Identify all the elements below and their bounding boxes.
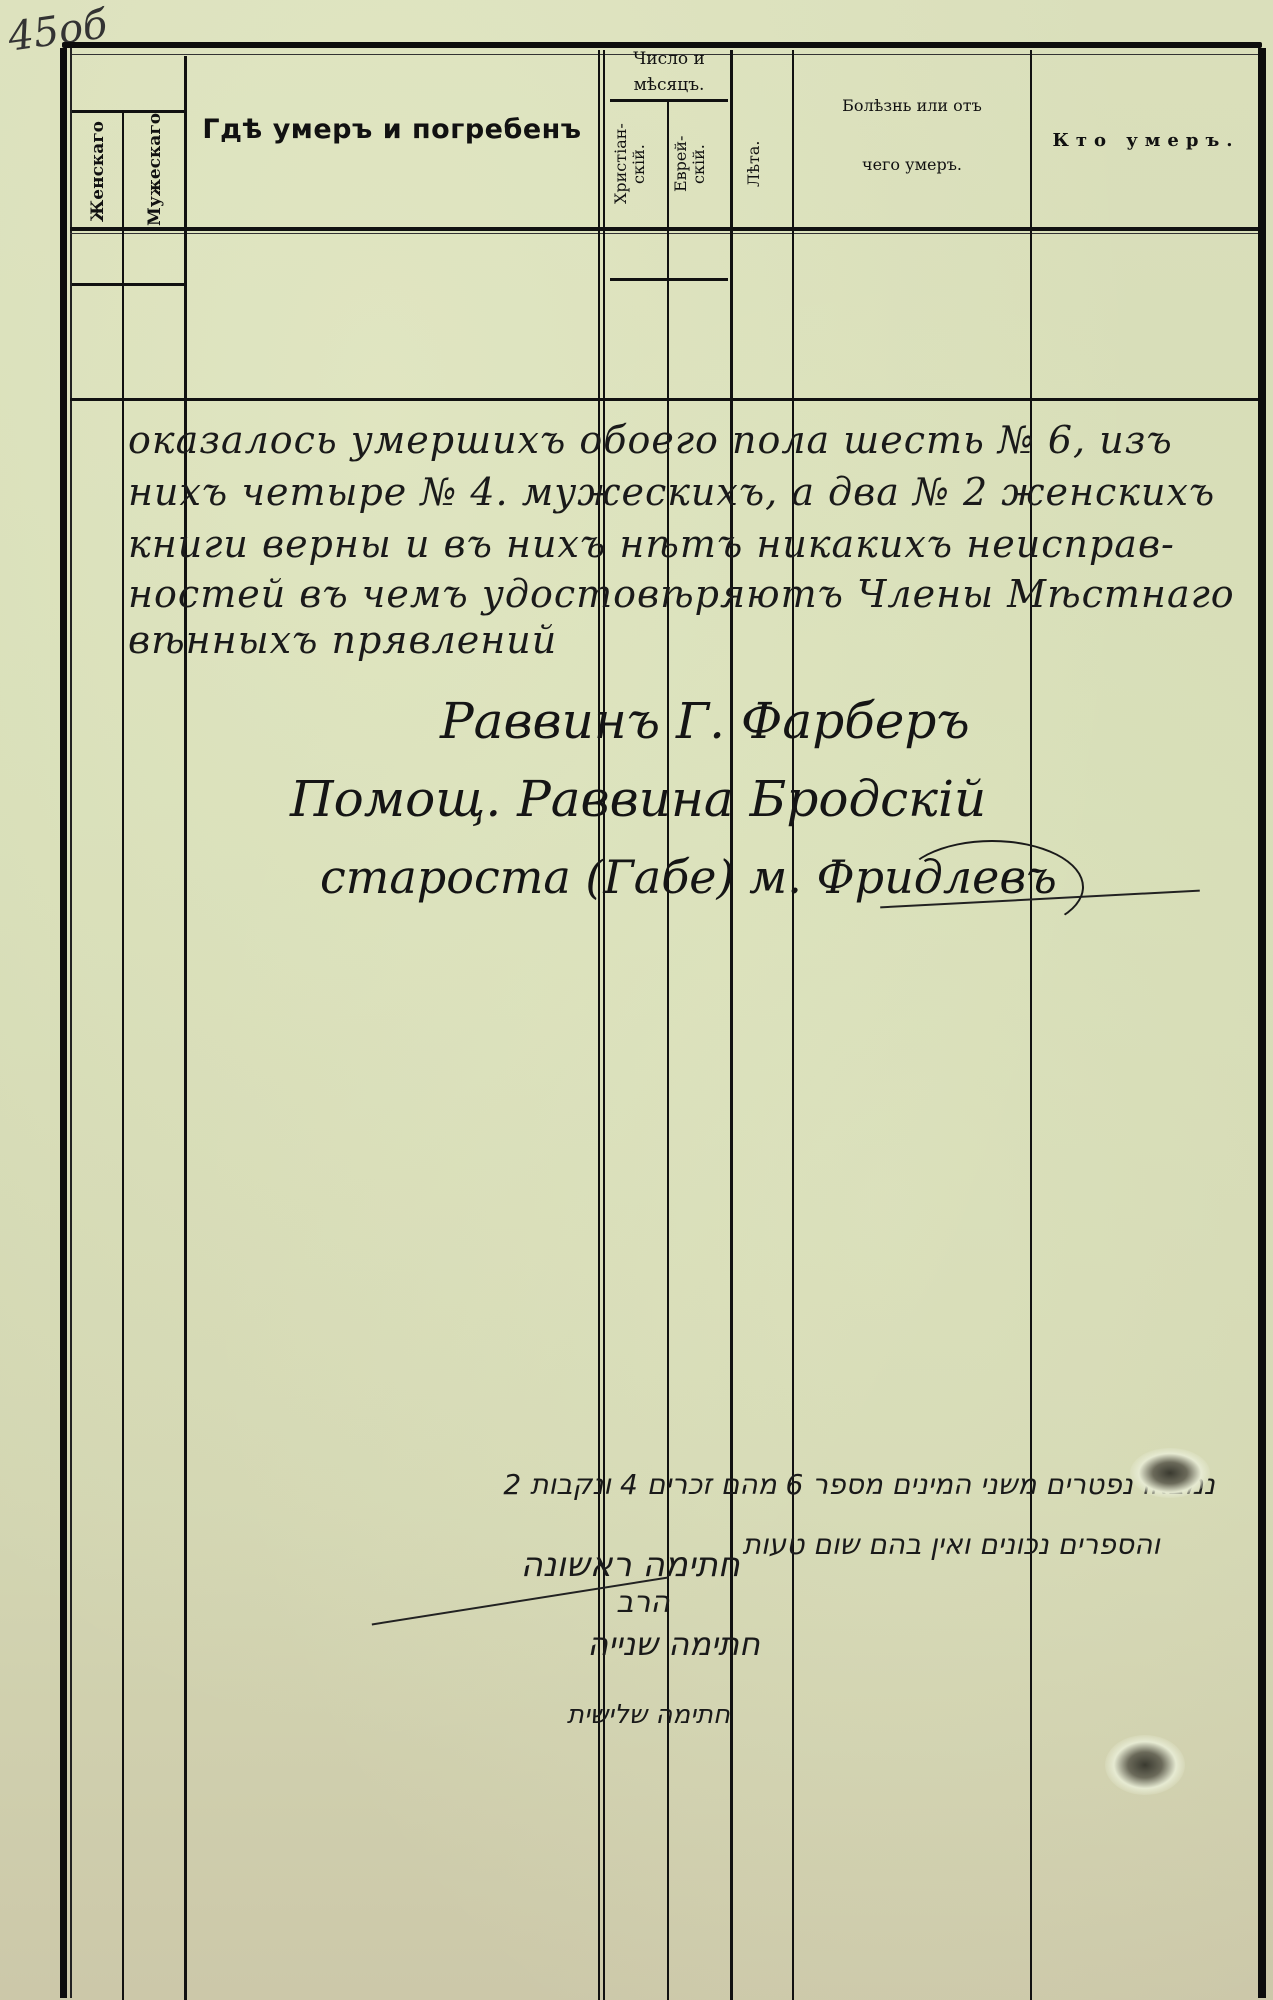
table-left-border xyxy=(60,48,67,1998)
entry-ru-line-5: вѣнныхъ прявлений xyxy=(128,618,557,662)
header-place: Гдѣ умеръ и погребенъ xyxy=(192,114,592,145)
entry-ru-line-4: ностей въ чемъ удостовѣряютъ Члены Мѣстн… xyxy=(128,572,1235,616)
signature-he-2: חתימה שנייה xyxy=(430,1625,760,1663)
entry-he-line-2: והספרים נכונים ואין בהם שום טעות xyxy=(760,1528,1160,1561)
signature-he-1: חתימה ראשונה xyxy=(420,1545,740,1585)
paper-tear-upper xyxy=(1130,1448,1210,1498)
signature-he-rav: הרב xyxy=(540,1585,670,1620)
entry-ru-line-1: оказалось умершихъ обоего пола шесть № 6… xyxy=(128,418,1173,462)
date-row-rule xyxy=(610,278,728,281)
signature-flourish xyxy=(900,840,1084,934)
header-who: Кто умеръ. xyxy=(1034,130,1258,151)
header-date-christian: Христіан- скій. xyxy=(612,106,662,222)
signature-he-3: חתימה שלישית xyxy=(380,1700,730,1730)
col-line-sex-divider xyxy=(122,112,124,2000)
col-line-cause-left xyxy=(792,50,794,2000)
col-line-who-left xyxy=(1030,50,1032,2000)
page-number: 45об xyxy=(5,1,110,60)
header-bottom-rule-thin xyxy=(70,233,1258,234)
entry-he-line-1: נמצאו נפטרים משני המינים מספר 6 מהם זכרי… xyxy=(95,1468,1215,1501)
col-line-age-left xyxy=(730,50,733,2000)
header-cause-line2: чего умеръ. xyxy=(796,155,1028,174)
header-male: Мужескаго xyxy=(145,118,165,226)
header-date-jewish: Еврей- скій. xyxy=(672,106,722,222)
table-left-inner-border xyxy=(70,48,72,1998)
header-cause-line1: Болѣзнь или отъ xyxy=(796,96,1028,115)
sex-header-rule xyxy=(72,110,184,113)
header-age: Лѣта. xyxy=(745,106,785,222)
entry-ru-line-3: книги верны и въ нихъ нѣтъ никакихъ неис… xyxy=(128,522,1175,566)
table-right-border xyxy=(1258,48,1266,1998)
signature-rabbi: Раввинъ Г. Фарберъ xyxy=(440,692,970,750)
sex-row-rule xyxy=(72,283,184,286)
entry-ru-line-2: нихъ четыре № 4. мужескихъ, а два № 2 же… xyxy=(128,470,1215,514)
header-date-group: Число и мѣсяцъ. xyxy=(608,46,730,98)
date-header-rule xyxy=(610,99,728,102)
header-female: Женскаго xyxy=(88,118,108,226)
signature-assistant-rabbi: Помощ. Раввина Бродскій xyxy=(290,770,986,828)
col-line-place-left xyxy=(184,56,187,2000)
header-bottom-rule xyxy=(70,227,1258,231)
paper-tear-lower xyxy=(1105,1735,1185,1795)
first-row-bottom-rule xyxy=(70,398,1258,401)
